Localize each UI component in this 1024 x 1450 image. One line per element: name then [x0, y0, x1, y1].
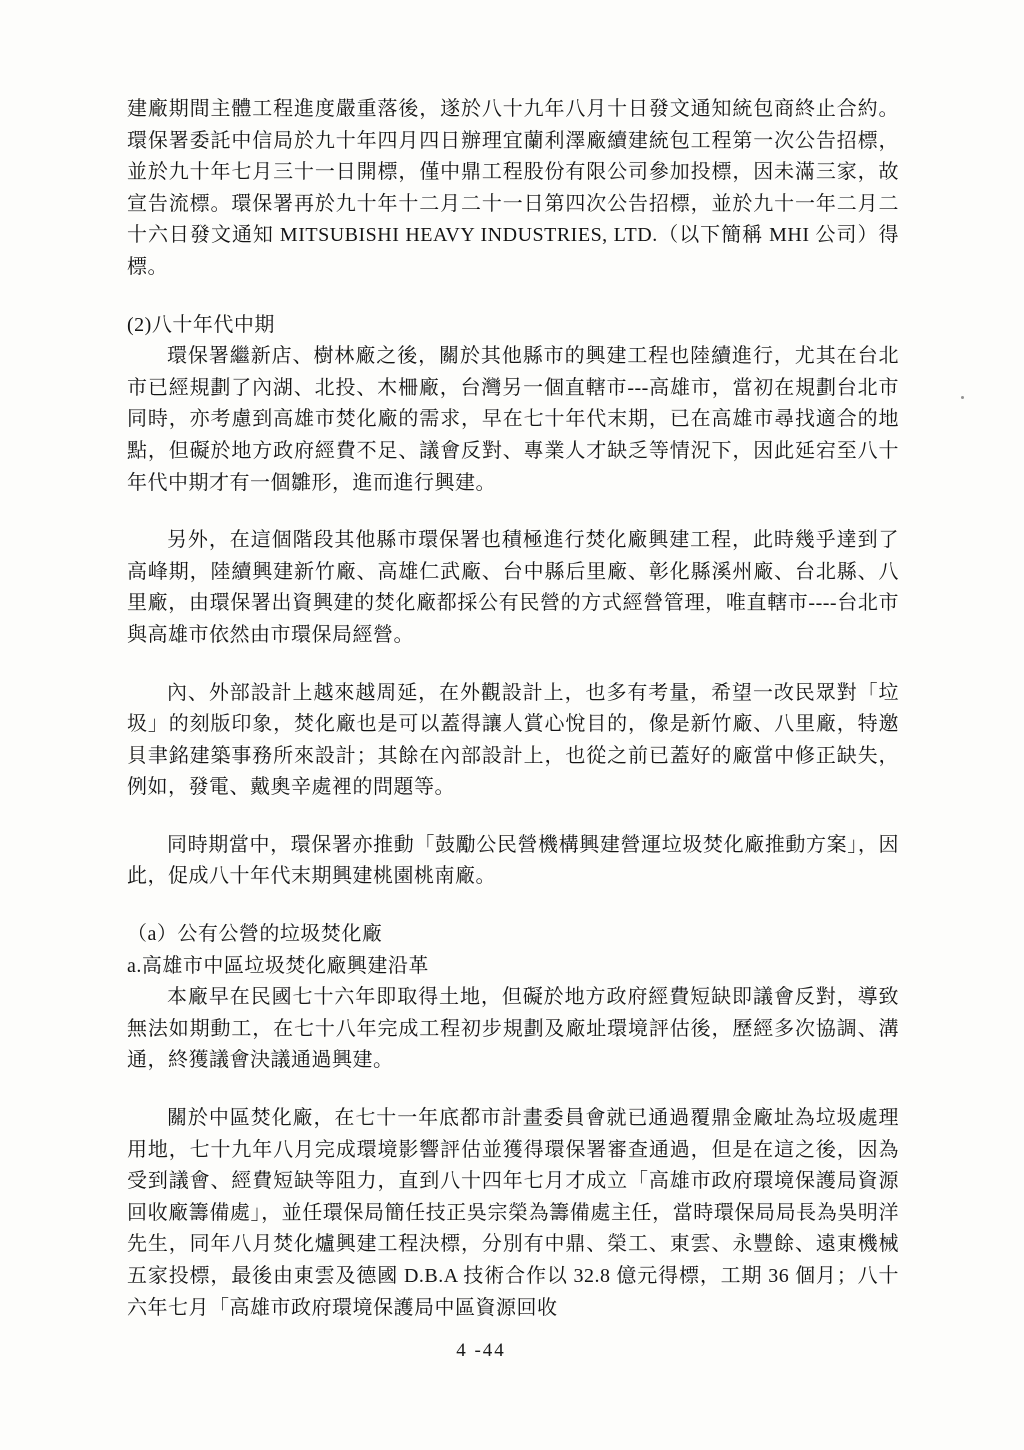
scan-speck [961, 396, 964, 399]
paragraph: 同時期當中，環保署亦推動「鼓勵公民營機構興建營運垃圾焚化廠推動方案」，因此，促成… [127, 830, 899, 893]
paragraph: 內、外部設計上越來越周延，在外觀設計上，也多有考量，希望一改民眾對「垃圾」的刻版… [127, 678, 899, 804]
section-heading: (2)八十年代中期 [127, 310, 899, 342]
document-page: 建廠期間主體工程進度嚴重落後，遂於八十九年八月十日發文通知統包商終止合約。環保署… [0, 0, 1024, 1450]
subsection-subheading: a.高雄市中區垃圾焚化廠興建沿革 [127, 951, 899, 983]
subsection-heading-a: （a）公有公營的垃圾焚化廠 [127, 919, 899, 951]
paragraph: 關於中區焚化廠，在七十一年底都市計畫委員會就已通過覆鼎金廠址為垃圾處理用地，七十… [127, 1103, 899, 1324]
paragraph-continuation: 建廠期間主體工程進度嚴重落後，遂於八十九年八月十日發文通知統包商終止合約。環保署… [127, 94, 899, 284]
paragraph: 另外，在這個階段其他縣市環保署也積極進行焚化廠興建工程，此時幾乎達到了高峰期，陸… [127, 525, 899, 651]
text-column: 建廠期間主體工程進度嚴重落後，遂於八十九年八月十日發文通知統包商終止合約。環保署… [127, 94, 899, 1324]
page-number: 4 -44 [381, 1340, 581, 1362]
paragraph: 本廠早在民國七十六年即取得土地，但礙於地方政府經費短缺即議會反對，導致無法如期動… [127, 982, 899, 1077]
paragraph: 環保署繼新店、樹林廠之後，關於其他縣市的興建工程也陸續進行，尤其在台北市已經規劃… [127, 341, 899, 499]
